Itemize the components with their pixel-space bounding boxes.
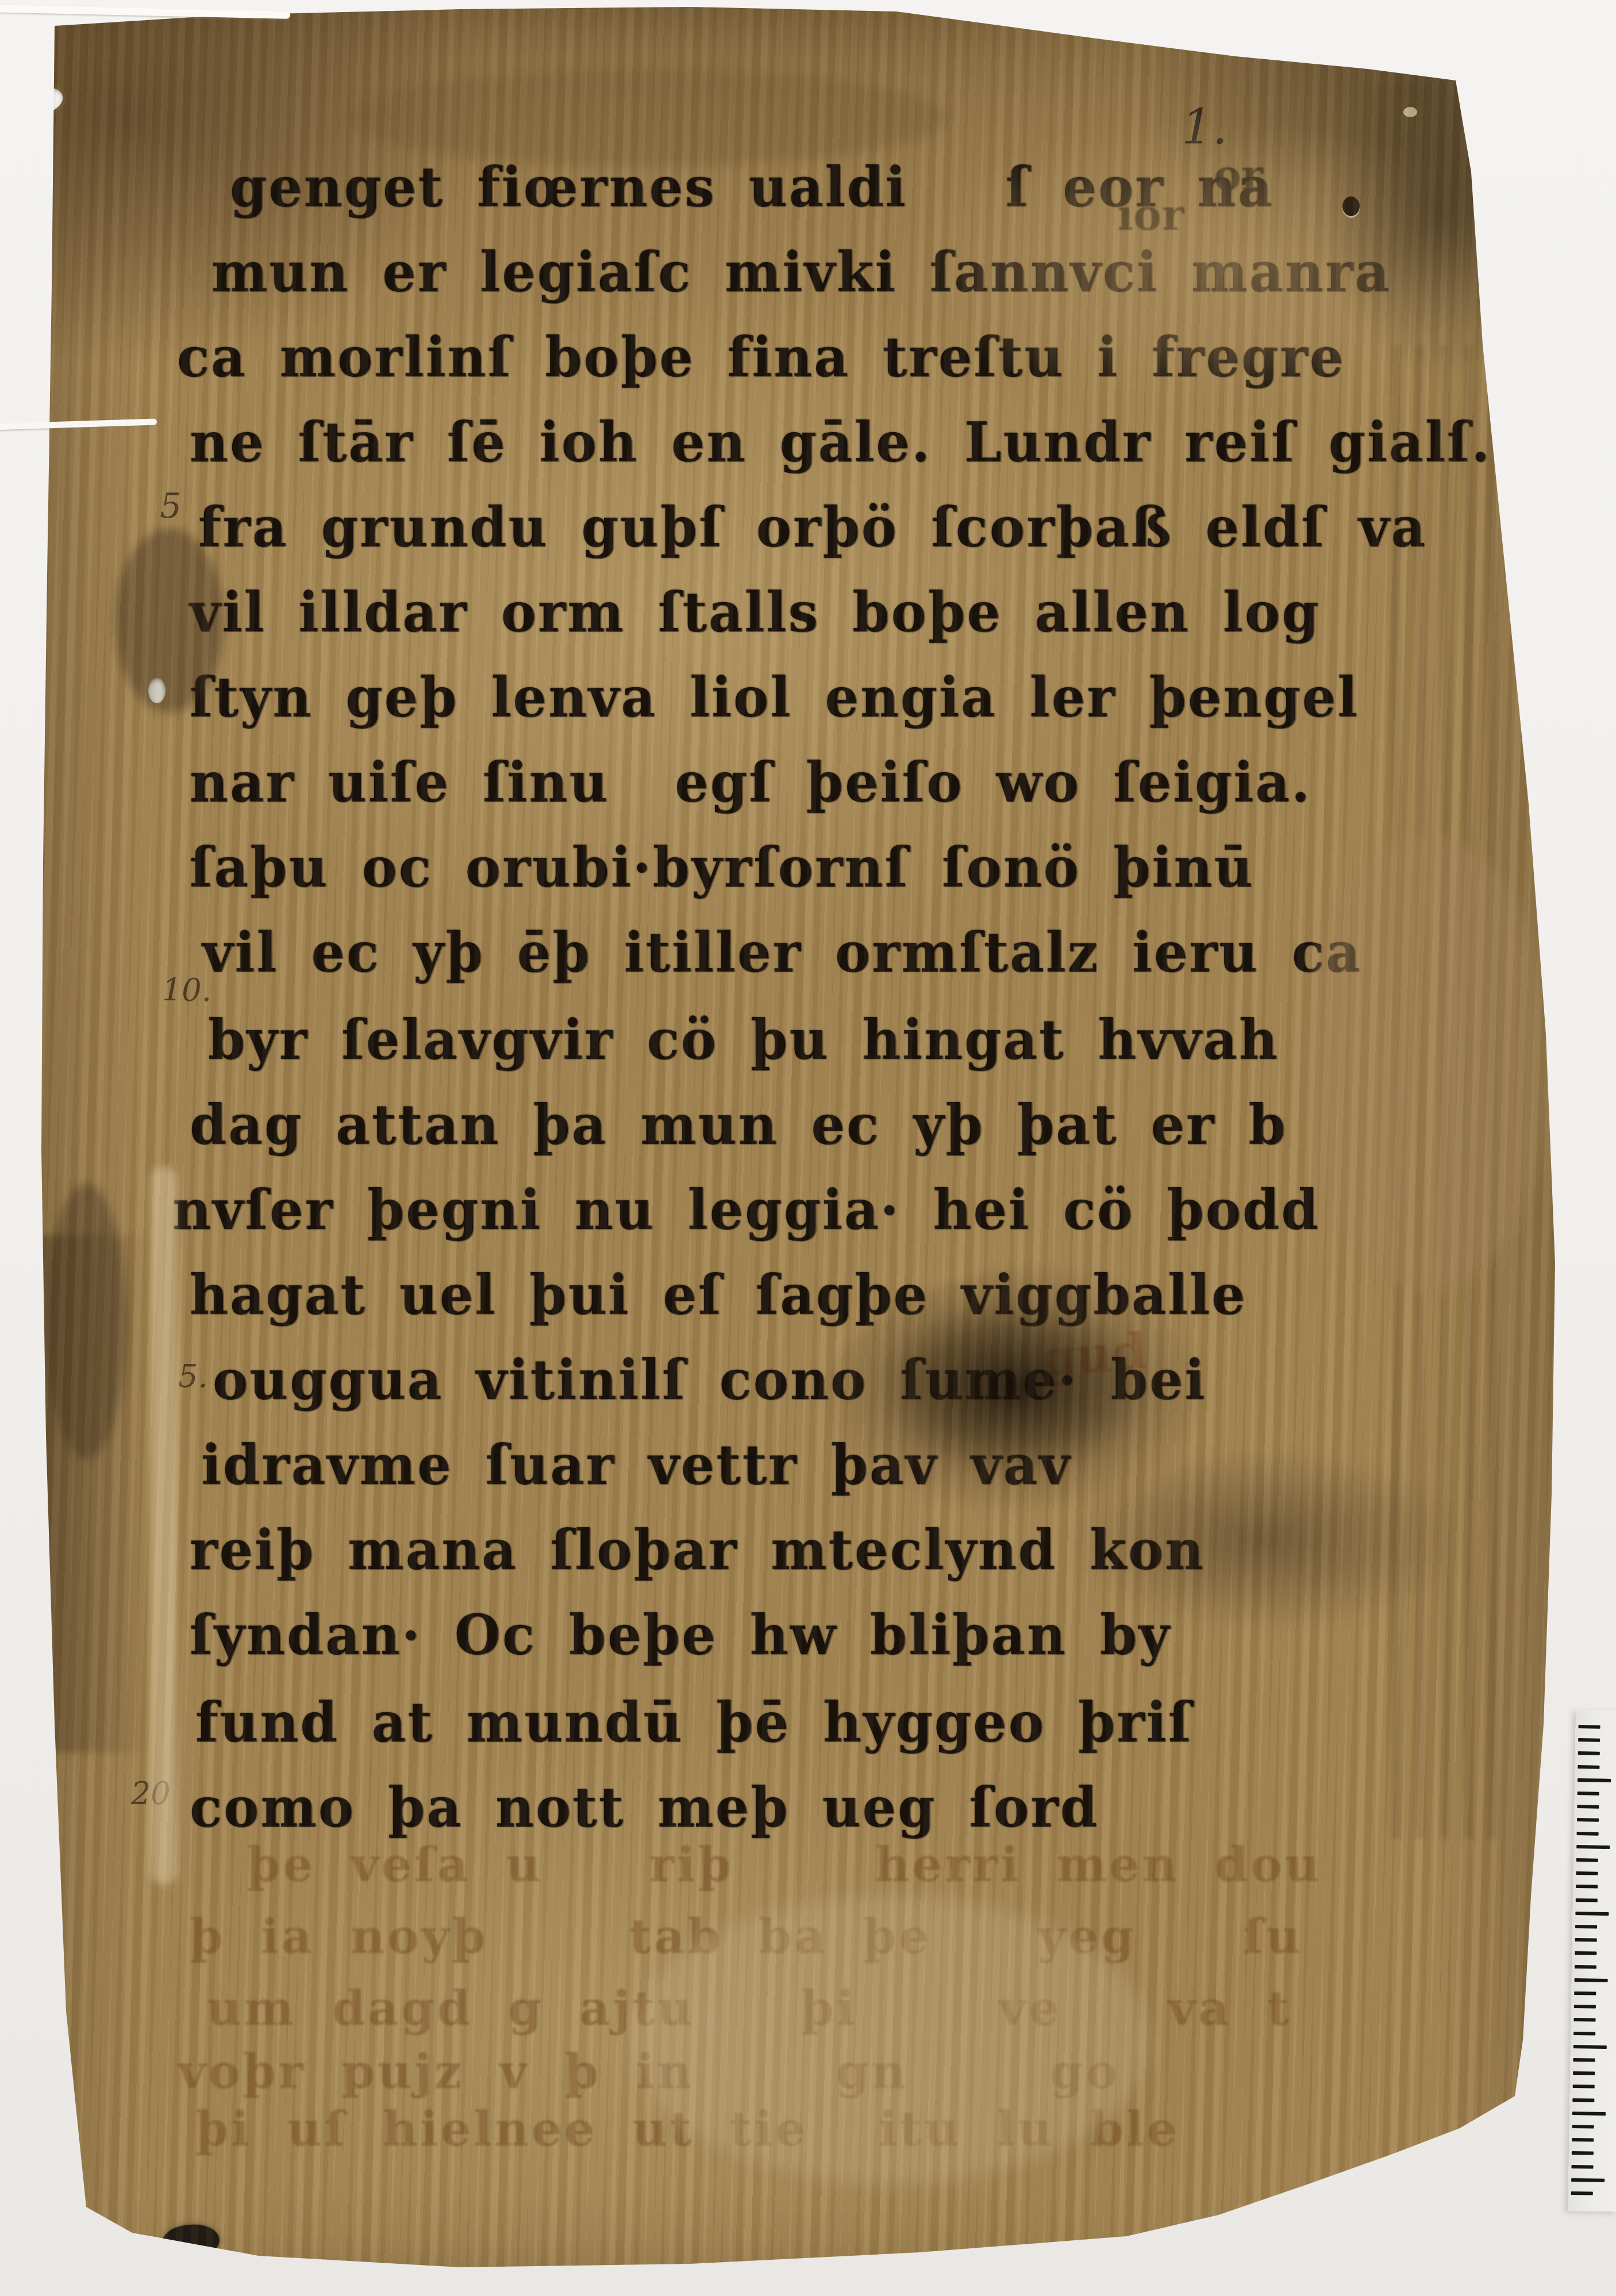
ruler-tick <box>1576 1858 1598 1862</box>
ruler-tick <box>1572 2138 1594 2142</box>
stain <box>40 1235 155 1752</box>
ruler-tick <box>1576 1898 1598 1902</box>
manuscript-line: como þa nott meþ ueg ſord <box>190 1780 1099 1835</box>
ruler-tick <box>1577 1832 1599 1836</box>
ruler-tick <box>1575 1938 1597 1942</box>
ruler-tick <box>1572 2125 1594 2129</box>
stain <box>46 1184 126 1459</box>
ruler-tick <box>1572 2098 1594 2102</box>
stain <box>1305 833 1552 1293</box>
manuscript-line: ca morlinſ boþe fina treſtu i fregre <box>177 330 1345 385</box>
ruler-tick <box>1578 1751 1600 1755</box>
manuscript-line: ſaþu oc orubi·byrſornſ ſonö þinū <box>190 840 1254 895</box>
ruler-tick <box>1576 1871 1598 1875</box>
ruler-tick <box>1573 2032 1595 2036</box>
stain <box>1391 345 1506 1839</box>
stain <box>345 69 948 167</box>
manuscript-photo: or ıor gud 1. genget fiœrnes ualdi ſ eor… <box>0 0 1616 2296</box>
manuscript-line: fund at mundū þē hyggeo þriſ <box>195 1695 1192 1750</box>
ruler-tick <box>1573 2018 1595 2022</box>
ruler-tick <box>1577 1765 1599 1769</box>
ruler-tick <box>1575 1951 1596 1955</box>
stain <box>1322 52 1563 373</box>
measurement-ruler <box>1568 1710 1616 2212</box>
margin-line-number: 10. <box>162 972 211 1008</box>
ruler-tick <box>1575 1925 1597 1929</box>
ruler-tick <box>1577 1805 1599 1809</box>
ruler-tick <box>1578 1725 1600 1729</box>
ruler-tick <box>1572 2151 1594 2155</box>
manuscript-line: genget fiœrnes ualdi ſ eor na <box>230 160 1273 215</box>
hole <box>148 678 166 703</box>
margin-line-number: 20 <box>131 1775 171 1812</box>
ruler-tick <box>1575 1912 1609 1916</box>
ruler-ticks <box>1576 1710 1616 1711</box>
manuscript-line: hagat uel þui eſ ſagþe viggballe <box>190 1268 1247 1323</box>
binding-thread <box>0 5 290 19</box>
ruler-tick <box>1573 2071 1595 2075</box>
manuscript-line: vil ec yþ ēþ itiller ormſtalz ieru ca <box>202 925 1362 980</box>
faded-text-line: þi uſ hielnee ut tie itu lu ble <box>195 2106 1180 2153</box>
manuscript-line: dag attan þa mun ec yþ þat er b <box>190 1097 1287 1153</box>
margin-line-number: 5. <box>178 1358 208 1394</box>
ruler-tick <box>1572 2112 1606 2116</box>
manuscript-line: ſtyn geþ lenva liol engia ler þengel <box>190 670 1359 725</box>
manuscript-line: fra grundu guþſ orþö ſcorþaß eldſ va <box>198 500 1427 555</box>
manuscript-line: reiþ mana ſloþar mteclynd kon <box>190 1523 1205 1578</box>
manuscript-line: byr ſelavgvir cö þu hingat hvvah <box>208 1012 1279 1068</box>
hole <box>8 82 66 121</box>
manuscript-line: nar uiſe ſinu egſ þeiſo wo ſeigia. <box>190 755 1311 810</box>
ruler-tick <box>1577 1792 1599 1796</box>
manuscript-line: vil illdar orm ſtalls boþe allen log <box>190 585 1320 640</box>
ruler-tick <box>1574 2005 1596 2009</box>
ruler-tick <box>1571 2178 1605 2182</box>
manuscript-line: mun er legiaſc mivki ſannvci manra <box>211 245 1391 300</box>
ruler-tick <box>1571 2191 1593 2195</box>
ruler-tick <box>1577 1818 1599 1822</box>
folio-number: 1. <box>1182 99 1228 155</box>
manuscript-line: ſyndan· Oc beþe hw bliþan by <box>190 1608 1171 1663</box>
manuscript-leaf: or ıor gud 1. genget fiœrnes ualdi ſ eor… <box>0 0 1616 2296</box>
ruler-tick <box>1571 2165 1593 2169</box>
ruler-tick <box>1573 2085 1595 2089</box>
faded-text-line: voþr pujz v þ in gn go <box>178 2048 1120 2095</box>
manuscript-line: ouggua vitinilſ cono ſume· bei <box>213 1353 1207 1408</box>
ruler-tick <box>1573 2058 1595 2062</box>
hole <box>1342 197 1360 216</box>
ruler-tick <box>1574 1991 1596 1995</box>
manuscript-line: ne ſtār ſē ioh en gāle. Lundr reiſ gialſ… <box>190 415 1491 470</box>
ruler-tick <box>1573 2045 1607 2049</box>
ruler-tick <box>1578 1738 1600 1742</box>
faded-text-line: þ ia noyþ tab ba þe yeg ſu <box>190 1913 1303 1960</box>
manuscript-line: idravme ſuar vettr þav vav <box>201 1438 1072 1493</box>
ruler-tick <box>1576 1845 1610 1849</box>
hole <box>1403 107 1417 117</box>
ink-blot <box>160 2222 221 2263</box>
ruler-tick <box>1576 1885 1598 1889</box>
ruler-tick <box>1575 1965 1596 1969</box>
ruler-tick <box>1577 1778 1611 1782</box>
manuscript-line: nvſer þegni nu leggia· hei cö þodd <box>172 1182 1320 1238</box>
faded-text-line: um dagd g ajtu þi ve va t <box>207 1985 1292 2032</box>
ruler-tick <box>1575 1978 1608 1982</box>
margin-line-number: 5 <box>160 486 182 526</box>
faded-text-line: þe veſa u riþ herri men dou <box>247 1842 1322 1889</box>
